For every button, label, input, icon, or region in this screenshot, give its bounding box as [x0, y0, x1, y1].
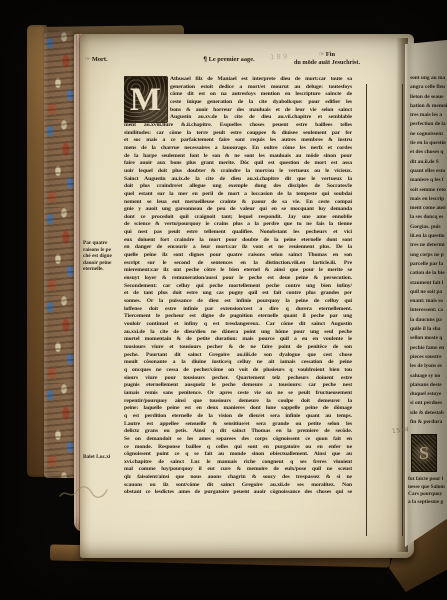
text-fragment: a la septiesme g [408, 499, 447, 507]
main-text-block: M Athusael filz de Maniael est interpret… [124, 76, 352, 502]
text-fragment: maniere q les f [410, 176, 447, 185]
body-lines: Athusael filz de Maniael est interprete … [124, 76, 352, 497]
printed-rule-inner [366, 84, 367, 536]
text-line: qlz faisoient/ainsi que nous auons chagr… [124, 474, 352, 482]
text-fragment: plaisans deste [410, 381, 447, 390]
text-line: gnie y auoit ung garsonneau de peu de va… [124, 206, 352, 214]
text-fragment: lieton de seaue [410, 93, 447, 102]
text-line: peche. Pourtant dit sainct Gregoire au.i… [124, 352, 352, 360]
text-line: obstant ce lesdictes ames de purgatoire … [124, 489, 352, 497]
text-fragment: fin & perdura [410, 418, 447, 427]
text-line: Se on demandoit se les ames separees des… [124, 436, 352, 444]
text-line: uoir lequel doit plus doubter & craindre… [124, 168, 352, 176]
text-fragment: ment come ausi [410, 204, 447, 213]
text-line: ce monde. Response baillee q celles qui … [124, 444, 352, 452]
text-line: pugnis eternellement ausquelz le peche d… [124, 382, 352, 390]
next-page-text-fragments: sont ung au maangra celle fleulieton de … [410, 74, 447, 427]
text-line: Augustin au.xv.de la cite de dieu au.vii… [170, 114, 352, 122]
text-line: bons & auoir horreur des mauluais et de … [170, 107, 352, 115]
text-line: ceste inique generation de la cite dyabo… [170, 99, 352, 107]
text-line: côgnoissent point ce q se fait au monde … [124, 451, 352, 459]
running-head-right-line1: ☞ Fin [277, 51, 377, 59]
text-fragment: tie en la questio [410, 139, 447, 148]
text-fragment: quant elles esto [410, 167, 447, 176]
text-line: delictz grans ou petis. Ainsi q dit sain… [124, 428, 352, 436]
text-fragment: sont ung au ma [410, 74, 447, 83]
manicule-icon: ☞ [319, 52, 324, 58]
running-head-left-label: Mort. [92, 56, 108, 63]
text-line: faire auoir aux bons plus grant merite. … [124, 160, 352, 168]
ink-scribble [56, 478, 110, 506]
margin-note-luc: Balet Luc.xi [83, 454, 123, 461]
marbled-fore-edge [44, 31, 76, 478]
text-fragment: Gorgias. puis [410, 223, 447, 232]
faint-folio-number: 189 [270, 53, 290, 62]
text-line: peine: laquelle peine est en deux manier… [124, 405, 352, 413]
capitulum-icon: ¶ [203, 57, 207, 63]
text-line: eux doiuent fort craindre la mort pour d… [124, 237, 352, 245]
text-line: de science & vertu/pourquoy ie crains pl… [124, 221, 352, 229]
text-line: Athusael filz de Maniael est interprete … [170, 76, 352, 84]
text-fragment: la ses doncq es [410, 213, 447, 222]
text-fragment: tres ne determi [410, 241, 447, 250]
text-line: loffense doit estre infinie par extensio… [124, 306, 352, 314]
text-line: Secondement: car celluy qui peche mortel… [124, 283, 352, 291]
text-fragment: fut faicte pour l [408, 476, 447, 484]
text-line: au.xxi.de la cite de dieu/dieu ne dânera… [124, 329, 352, 337]
text-fragment: pieces soustre [410, 353, 447, 362]
text-fragment: duquel estoye [410, 390, 447, 399]
text-line: mierement:car ilz ont peche côtre le bie… [124, 267, 352, 275]
text-fragment: hation & memoi [410, 102, 447, 111]
text-line: mens de la charrue necessaires a lauoura… [124, 145, 352, 153]
text-line: generation estoit dedice a mort/et mouru… [170, 84, 352, 92]
manicule-icon: ☞ [85, 57, 90, 63]
text-fragment: staument fait l [410, 279, 447, 288]
text-line: xvi.chapitre de sainct Luc le mauuais ri… [124, 459, 352, 467]
text-fragment: nesse que Salom [408, 484, 447, 492]
text-line: nement se leua eut merueilleuse crainte … [124, 199, 352, 207]
text-line: repentir/pourquoy ainsi que tousiours de… [124, 398, 352, 406]
book-photo: ☞ Mort. ¶ Le premier aage. ☞ Fin du mōde… [0, 0, 447, 600]
text-fragment: Cars pourquoy [408, 491, 447, 499]
running-head-left: ☞ Mort. [85, 55, 108, 65]
text-line: et soc mais a ce parfaictement faire son… [124, 137, 352, 145]
text-line: quel estant sur la mer en peril de mort … [124, 191, 352, 199]
text-line: similitudes: car côme la terre peult est… [124, 130, 352, 138]
text-line: escript sur le second de sentences en la… [124, 260, 352, 268]
text-line: en danger de encourir a leur mort:car il… [124, 244, 352, 252]
text-fragment: perfection de la [410, 120, 447, 129]
text-fragment: ung corps ne p [410, 251, 447, 260]
text-line: Lautre est appellee sensuelle & sensitiu… [124, 421, 352, 429]
text-line: sonnes. Or la puissance de dieu est infi… [124, 298, 352, 306]
text-fragment: quil ne soit pa [410, 288, 447, 297]
woodcut-initial-next-page: S [411, 434, 437, 472]
text-fragment: mais en lescrip [410, 195, 447, 204]
text-line: qui nest pas peult estre tellement quali… [124, 229, 352, 237]
text-fragment: tres mais les a [410, 111, 447, 120]
text-fragment: cation de la bie [410, 269, 447, 278]
text-fragment: si ont perdues [410, 399, 447, 408]
text-fragment: la daucuns pa [410, 316, 447, 325]
margin-note-line: Balet Luc.xi [83, 454, 123, 461]
text-fragment: enant: mais so [410, 297, 447, 306]
text-fragment: interessent: ca [410, 306, 447, 315]
text-line: scauons ou ilz sont/côme dit sainct Greg… [124, 482, 352, 490]
text-line: ensuyt loyer & remuneration/aussi pour l… [124, 275, 352, 283]
running-head-right-line2: du mōde auāt Jesuchrist. [277, 59, 377, 67]
text-line: q est perdition eternelle de la vision d… [124, 413, 352, 421]
text-fragment: et des choses q [410, 148, 447, 157]
text-line: Tiercement le pecheur est digne de pugni… [124, 313, 352, 321]
chapter-title: Le premier aage. [209, 56, 255, 63]
book-page-left: ☞ Mort. ¶ Le premier aage. ☞ Fin du mōde… [80, 34, 414, 558]
text-line: q oncques ne cessa de pecher/côme on voi… [124, 367, 352, 375]
text-fragment: iii.en la questio [410, 232, 447, 241]
text-line: mortel momentain & de petite duration: m… [124, 336, 352, 344]
text-line: dont ce procedoit quil craignoit tant; l… [124, 214, 352, 222]
text-fragment: angra celle fleu [410, 83, 447, 92]
text-fragment: quile il la sha [410, 325, 447, 334]
next-page-text-below: fut faicte pour lnesse que SalomCars pou… [408, 476, 447, 506]
running-head-right: ☞ Fin du mōde auāt Jesuchrist. [277, 51, 377, 71]
text-line: de la harpe seulement font le son & ne s… [124, 153, 352, 161]
text-fragment: pechie fame en [410, 344, 447, 353]
text-line: Sainct Augustin au.ix.de la cite de dieu… [124, 176, 352, 184]
text-fragment: dit au.ii.de S [410, 158, 447, 167]
text-line: mal comme luy/pourquoy il eut cure & mem… [124, 466, 352, 474]
text-line: iamais remis sans penitence. Or apres ce… [124, 390, 352, 398]
text-fragment: soit semme reto [410, 186, 447, 195]
text-line: siours viure pour tousiours pecher. Quar… [124, 375, 352, 383]
text-line: vouloir continuel et infiny q est tresda… [124, 321, 352, 329]
book-page-right-sliver: sont ung au maangra celle fleulieton de … [405, 40, 447, 552]
text-line: et de tant plus doit estre ung cas pugny… [124, 290, 352, 298]
text-line: moult côsonante a la diuine iustice/q ce… [124, 359, 352, 367]
text-fragment: sellon moste q [410, 334, 447, 343]
text-line: tousiours viure et tousiours pecher & de… [124, 344, 352, 352]
text-line: ment au.xviii.liure &.ii.chapitre. Esque… [124, 122, 352, 130]
text-fragment: ne cognoissent [410, 130, 447, 139]
text-line: côme dit est on na autresfoys mention en… [170, 91, 352, 99]
text-fragment: saluage sy no [410, 372, 447, 381]
text-fragment: parcelle par la [410, 260, 447, 269]
margin-note-peine-eternelle: Par quatreraisons le peché est dignedauo… [83, 240, 123, 273]
text-line: doit plus craindre/et allegue ung exempl… [124, 183, 352, 191]
text-line: quelle peine ilz sont dignes pour quatre… [124, 252, 352, 260]
margin-note-line: eternelle. [83, 266, 123, 273]
text-fragment: les de lyons es [410, 362, 447, 371]
text-fragment: sile & detestab [410, 409, 447, 418]
